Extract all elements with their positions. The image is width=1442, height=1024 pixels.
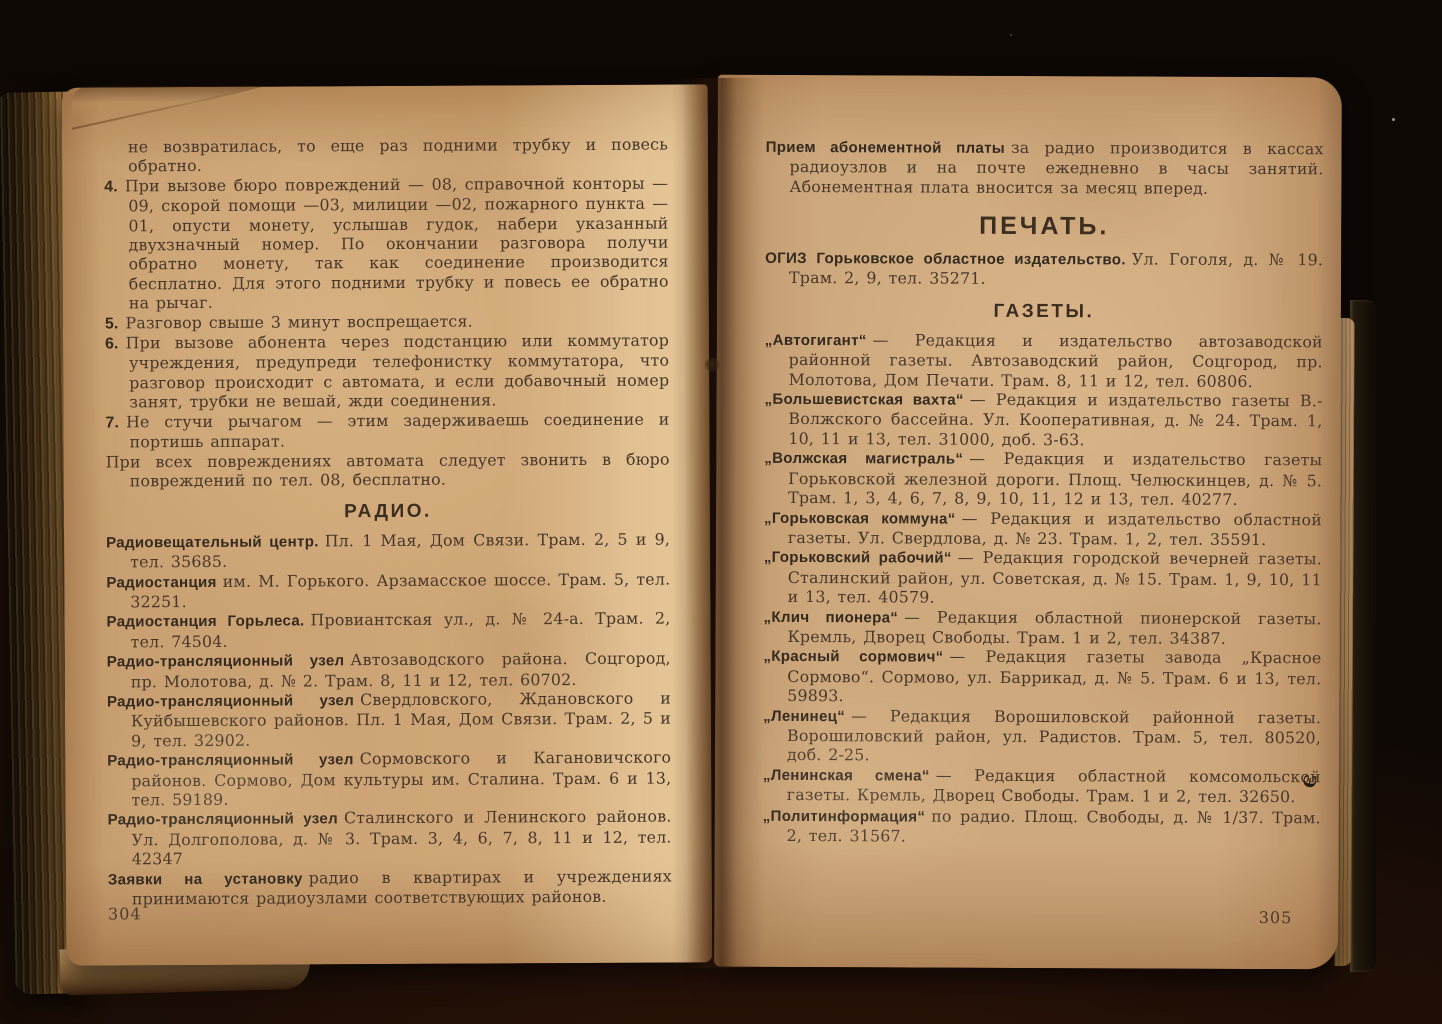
paragraph-text: При всех повреждениях автомата следует з… bbox=[106, 449, 670, 490]
directory-entry: ОГИЗ Горьковское областное издательство.… bbox=[765, 247, 1323, 289]
entry-name: ОГИЗ Горьковское областное издательство. bbox=[765, 249, 1126, 268]
gazety-entries-list: „Автогигант“— Редакция и издательство ав… bbox=[763, 330, 1323, 848]
open-book-photo: не возвратилась, то еще раз подними труб… bbox=[0, 0, 1442, 1024]
entry-name: „Автогигант“ bbox=[765, 332, 867, 349]
entry-name: Радио-трансляционный узел bbox=[107, 652, 345, 670]
dust-speck bbox=[1392, 118, 1395, 121]
paragraph: 6.При вызове абонента через подстанцию и… bbox=[105, 331, 669, 413]
page-corner-fold bbox=[72, 86, 267, 135]
handwritten-mark: Э bbox=[1295, 796, 1314, 799]
paragraph: 7.Не стучи рычагом — этим задерживаешь с… bbox=[105, 409, 669, 452]
paragraph: не возвратилась, то еще раз подними труб… bbox=[104, 135, 668, 177]
directory-entry: Радио-трансляционный узелАвтозаводского … bbox=[107, 649, 671, 692]
entry-name: Радио-трансляционный узел bbox=[107, 811, 338, 829]
directory-entry: „Большевистская вахта“— Редакция и издат… bbox=[764, 389, 1322, 451]
paragraph-text: При вызове бюро повреждений — 08, справо… bbox=[125, 173, 669, 312]
entry-name: Заявки на установку bbox=[108, 870, 303, 888]
directory-entry: „Ленинская смена“— Редакция областной ко… bbox=[763, 765, 1321, 808]
entry-name: Радиовещательный центр. bbox=[106, 533, 319, 551]
directory-entry: Радио-трансляционный узелСталинского и Л… bbox=[107, 807, 671, 869]
pechat-entries-list: ОГИЗ Горьковское областное издательство.… bbox=[765, 247, 1323, 289]
ink-blot bbox=[705, 358, 720, 372]
entry-details: — Редакция Ворошиловской районной газеты… bbox=[787, 706, 1321, 765]
phone-rules-list: не возвратилась, то еще раз подними труб… bbox=[104, 135, 670, 491]
entry-name: „Большевистская вахта“ bbox=[764, 391, 963, 409]
entry-name: „Ленинец“ bbox=[763, 707, 845, 724]
directory-entry: „Ленинец“— Редакция Ворошиловской районн… bbox=[763, 705, 1321, 767]
pechat-section-heading: ПЕЧАТЬ. bbox=[765, 216, 1323, 238]
directory-entry: Радиостанцияим. М. Горького. Арзамасское… bbox=[106, 569, 670, 612]
page-305-content: Прием абонементной платыза радио произво… bbox=[763, 137, 1324, 848]
directory-entry: „Автогигант“— Редакция и издательство ав… bbox=[765, 330, 1323, 392]
entry-details: — Редакция и издательство автозаводской … bbox=[789, 330, 1323, 390]
dust-speck bbox=[1010, 34, 1012, 36]
entry-name: „Горьковская коммуна“ bbox=[764, 509, 956, 527]
entry-name: Радиостанция bbox=[106, 573, 216, 591]
gazety-section-heading: ГАЗЕТЫ. bbox=[765, 301, 1323, 323]
directory-entry: „Клич пионера“— Редакция областной пионе… bbox=[763, 606, 1321, 648]
item-number: 4. bbox=[104, 178, 118, 195]
entry-name: „Политинформация“ bbox=[763, 807, 926, 825]
directory-entry: „Горьковская коммуна“— Редакция и издате… bbox=[764, 507, 1322, 549]
paragraph-text: Не стучи рычагом — этим задерживаешь сое… bbox=[126, 409, 670, 451]
page-number-left: 304 bbox=[108, 904, 142, 923]
directory-entry: „Красный сормович“— Редакция газеты заво… bbox=[763, 646, 1321, 708]
item-number: 7. bbox=[105, 414, 119, 431]
directory-entry: Радиовещательный центр.Пл. 1 Мая, Дом Св… bbox=[106, 529, 670, 572]
entry-name: Радиостанция Горьлеса. bbox=[106, 613, 304, 631]
directory-entry: „Горьковский рабочий“— Редакция городско… bbox=[764, 547, 1322, 609]
item-number: 6. bbox=[105, 335, 119, 352]
paragraph-text: При вызове абонента через подстанцию или… bbox=[126, 331, 670, 412]
item-number: 5. bbox=[105, 315, 119, 332]
paragraph: 4.При вызове бюро повреждений — 08, спра… bbox=[104, 173, 669, 313]
directory-entry: Радио-трансляционный узелСормовского и К… bbox=[107, 748, 671, 810]
radio-fee-lead: Прием абонементной платы bbox=[766, 139, 1005, 157]
entry-name: „Клич пионера“ bbox=[764, 608, 899, 626]
entry-name: „Красный сормович“ bbox=[763, 648, 943, 666]
page-304-content: не возвратилась, то еще раз подними труб… bbox=[104, 135, 672, 909]
page-305: Прием абонементной платыза радио произво… bbox=[714, 75, 1342, 970]
entry-name: „Горьковский рабочий“ bbox=[764, 549, 952, 567]
entry-name: „Волжская магистраль“ bbox=[764, 450, 963, 468]
directory-entry: „Волжская магистраль“— Редакция и издате… bbox=[764, 448, 1322, 510]
paragraph: При всех повреждениях автомата следует з… bbox=[106, 449, 670, 491]
paragraph-text: не возвратилась, то еще раз подними труб… bbox=[128, 135, 668, 176]
entry-name: Радио-трансляционный узел bbox=[107, 751, 354, 769]
radio-entries-list: Радиовещательный центр.Пл. 1 Мая, Дом Св… bbox=[106, 529, 672, 909]
page-304: не возвратилась, то еще раз подними труб… bbox=[62, 84, 713, 965]
directory-entry: Заявки на установкурадио в квартирах и у… bbox=[108, 866, 672, 909]
paragraph-text: Разговор свыше 3 минут воспрещается. bbox=[125, 311, 472, 332]
directory-entry: Радио-трансляционный узелСвердловского, … bbox=[107, 688, 671, 750]
radio-section-heading: РАДИО. bbox=[106, 501, 670, 523]
entry-name: „Ленинская смена“ bbox=[763, 767, 930, 785]
directory-entry: Радиостанция Горьлеса.Провиантская ул., … bbox=[106, 609, 670, 652]
page-number-right: 305 bbox=[1259, 908, 1293, 927]
radio-fee-paragraph: Прием абонементной платыза радио произво… bbox=[765, 137, 1323, 199]
entry-name: Радио-трансляционный узел bbox=[107, 692, 354, 710]
directory-entry: „Политинформация“по радио. Площ. Свободы… bbox=[763, 805, 1321, 847]
